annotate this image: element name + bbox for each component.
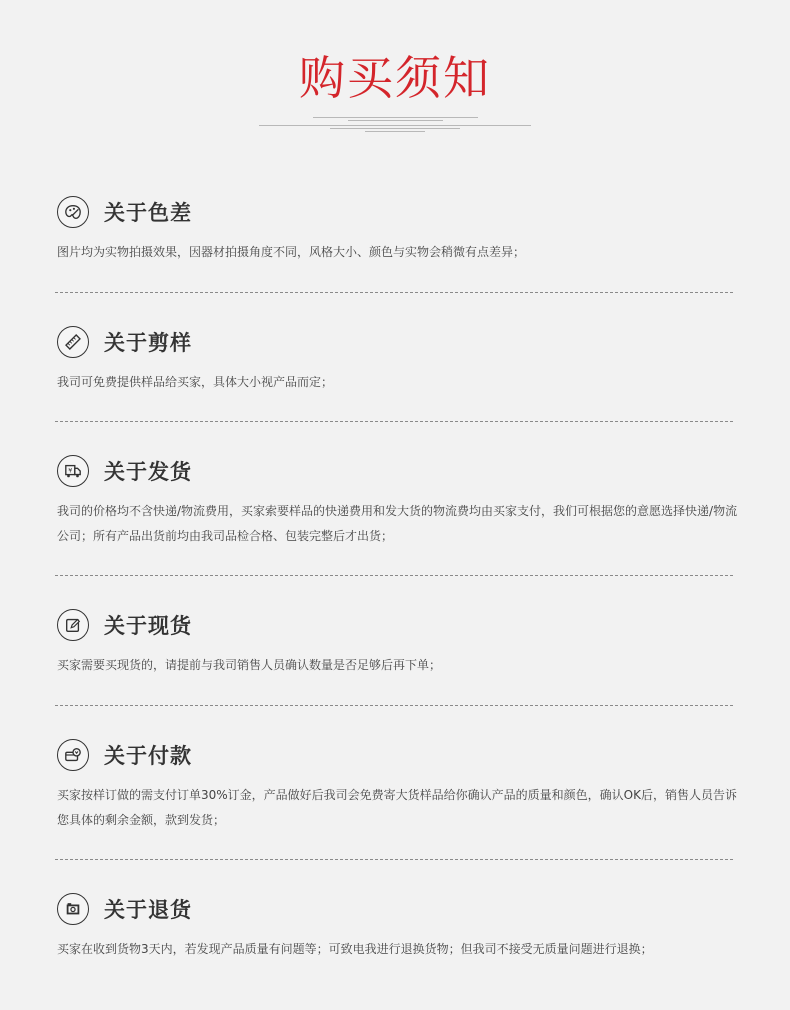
section-body: 我司可免费提供样品给买家，具体大小视产品而定； — [57, 370, 742, 395]
section-title: 关于退货 — [104, 894, 192, 924]
decorative-subtitle-line — [0, 117, 790, 118]
dashed-divider — [55, 859, 733, 860]
page-title: 购买须知 — [0, 50, 790, 106]
section-title: 关于现货 — [104, 610, 192, 640]
decorative-subtitle-line — [0, 128, 790, 129]
svg-text:¥: ¥ — [68, 467, 72, 474]
page-header: 购买须知 — [0, 0, 790, 150]
section-body: 我司的价格均不含快递/物流费用，买家索要样品的快递费用和发大货的物流费均由买家支… — [57, 499, 742, 549]
decorative-subtitle-line — [0, 131, 790, 132]
dashed-divider — [55, 292, 733, 293]
edit-icon — [57, 609, 89, 641]
dashed-divider — [55, 575, 733, 576]
dashed-divider — [55, 421, 733, 422]
ruler-icon — [57, 326, 89, 358]
section-body: 买家按样订做的需支付订单30%订金，产品做好后我司会免费寄大货样品给你确认产品的… — [57, 783, 742, 833]
section-title: 关于发货 — [104, 456, 192, 486]
payment-card-icon — [57, 739, 89, 771]
delivery-truck-icon: ¥ — [57, 455, 89, 487]
return-box-icon — [57, 893, 89, 925]
section-body: 图片均为实物拍摄效果，因器材拍摄角度不同，风格大小、颜色与实物会稍微有点差异； — [57, 240, 742, 265]
section-body: 买家在收到货物3天内，若发现产品质量有问题等；可致电我进行退换货物；但我司不接受… — [57, 937, 742, 962]
dashed-divider — [55, 705, 733, 706]
section-body: 买家需要买现货的，请提前与我司销售人员确认数量是否足够后再下单； — [57, 653, 742, 678]
decorative-subtitle-line — [0, 120, 790, 121]
decorative-subtitle-line — [0, 125, 790, 126]
section-title: 关于剪样 — [104, 327, 192, 357]
section-title: 关于付款 — [104, 740, 192, 770]
section-title: 关于色差 — [104, 197, 192, 227]
palette-icon — [57, 196, 89, 228]
